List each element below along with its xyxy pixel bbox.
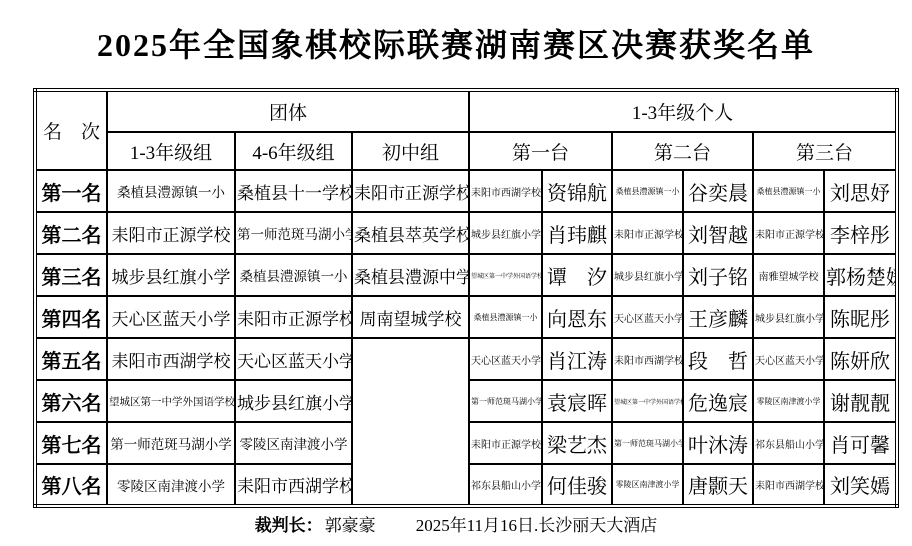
- rank-cell: 第三名: [35, 254, 107, 296]
- player-name-cell: 谢靓靓: [824, 380, 897, 422]
- individual-subheader-board1: 第一台: [469, 132, 612, 170]
- individual-school-cell: 天心区蓝天小学: [469, 338, 542, 380]
- rank-column-header: 名 次: [35, 90, 107, 170]
- team-subheader-grade1-3: 1-3年级组: [107, 132, 235, 170]
- team-school-cell: 城步县红旗小学: [235, 380, 352, 422]
- team-school-cell: 城步县红旗小学: [107, 254, 235, 296]
- player-name-cell: 叶沐涛: [683, 422, 753, 464]
- team-school-cell: 耒阳市正源学校: [107, 212, 235, 254]
- individual-school-cell: 耒阳市西湖学校: [469, 170, 542, 212]
- date-location: 2025年11月16日.长沙丽天大酒店: [416, 516, 658, 535]
- table-row: 第一名 桑植县澧源镇一小 桑植县十一学校 耒阳市正源学校 耒阳市西湖学校 资锦航…: [35, 170, 897, 212]
- individual-subheader-board3: 第三台: [753, 132, 897, 170]
- player-name-cell: 刘思妤: [824, 170, 897, 212]
- individual-school-cell: 第一师范斑马湖小学: [612, 422, 683, 464]
- rank-cell: 第四名: [35, 296, 107, 338]
- individual-school-cell: 耒阳市西湖学校: [612, 338, 683, 380]
- player-name-cell: 向恩东: [542, 296, 612, 338]
- individual-school-cell: 城步县红旗小学: [753, 296, 824, 338]
- individual-school-cell: 零陵区南津渡小学: [612, 464, 683, 506]
- individual-group-header: 1-3年级个人: [469, 90, 897, 132]
- player-name-cell: 梁艺杰: [542, 422, 612, 464]
- individual-school-cell: 桑植县澧源镇一小: [753, 170, 824, 212]
- player-name-cell: 郭杨楚媛: [824, 254, 897, 296]
- player-name-cell: 肖江涛: [542, 338, 612, 380]
- team-group-header: 团体: [107, 90, 469, 132]
- player-name-cell: 陈妍欣: [824, 338, 897, 380]
- rank-cell: 第七名: [35, 422, 107, 464]
- player-name-cell: 资锦航: [542, 170, 612, 212]
- team-school-cell-empty-merged: [352, 338, 469, 506]
- team-school-cell: 第一师范斑马湖小学: [235, 212, 352, 254]
- individual-school-cell: 桑植县澧源镇一小: [469, 296, 542, 338]
- team-school-cell: 耒阳市正源学校: [235, 296, 352, 338]
- team-school-cell: 耒阳市正源学校: [352, 170, 469, 212]
- player-name-cell: 肖可馨: [824, 422, 897, 464]
- player-name-cell: 危逸宸: [683, 380, 753, 422]
- player-name-cell: 刘智越: [683, 212, 753, 254]
- player-name-cell: 段 哲: [683, 338, 753, 380]
- team-school-cell: 零陵区南津渡小学: [107, 464, 235, 506]
- team-school-cell: 望城区第一中学外国语学校: [107, 380, 235, 422]
- chief-judge-label: 裁判长：: [255, 516, 323, 535]
- individual-subheader-board2: 第二台: [612, 132, 753, 170]
- team-school-cell: 天心区蓝天小学: [107, 296, 235, 338]
- player-name-cell: 袁宸晖: [542, 380, 612, 422]
- player-name-cell: 肖玮麒: [542, 212, 612, 254]
- chief-judge-name: 郭豪豪: [325, 516, 376, 535]
- individual-school-cell: 耒阳市西湖学校: [753, 464, 824, 506]
- individual-school-cell: 祁东县船山小学: [753, 422, 824, 464]
- individual-school-cell: 耒阳市正源学校: [612, 212, 683, 254]
- team-school-cell: 桑植县澧源镇一小: [235, 254, 352, 296]
- individual-school-cell: 南雅望城学校: [753, 254, 824, 296]
- player-name-cell: 何佳骏: [542, 464, 612, 506]
- individual-school-cell: 零陵区南津渡小学: [753, 380, 824, 422]
- team-school-cell: 耒阳市西湖学校: [235, 464, 352, 506]
- page-title: 2025年全国象棋校际联赛湖南赛区决赛获奖名单: [0, 20, 912, 66]
- team-school-cell: 桑植县澧源镇一小: [107, 170, 235, 212]
- footer: 裁判长：郭豪豪2025年11月16日.长沙丽天大酒店: [0, 511, 912, 536]
- individual-school-cell: 祁东县船山小学: [469, 464, 542, 506]
- table-row: 第四名 天心区蓝天小学 耒阳市正源学校 周南望城学校 桑植县澧源镇一小 向恩东 …: [35, 296, 897, 338]
- table-row: 第五名 耒阳市西湖学校 天心区蓝天小学 天心区蓝天小学 肖江涛 耒阳市西湖学校 …: [35, 338, 897, 380]
- rank-cell: 第二名: [35, 212, 107, 254]
- table-row: 第二名 耒阳市正源学校 第一师范斑马湖小学 桑植县萃英学校 城步县红旗小学 肖玮…: [35, 212, 897, 254]
- rank-cell: 第六名: [35, 380, 107, 422]
- table-row: 第三名 城步县红旗小学 桑植县澧源镇一小 桑植县澧源中学 望城区第一中学外国语学…: [35, 254, 897, 296]
- team-school-cell: 桑植县澧源中学: [352, 254, 469, 296]
- player-name-cell: 谷奕晨: [683, 170, 753, 212]
- awards-table: 名 次 团体 1-3年级个人 1-3年级组 4-6年级组 初中组 第一台 第二台…: [33, 88, 899, 508]
- individual-school-cell: 天心区蓝天小学: [612, 296, 683, 338]
- individual-school-cell: 城步县红旗小学: [469, 212, 542, 254]
- player-name-cell: 李梓彤: [824, 212, 897, 254]
- player-name-cell: 刘笑嫣: [824, 464, 897, 506]
- player-name-cell: 刘子铭: [683, 254, 753, 296]
- player-name-cell: 唐颢天: [683, 464, 753, 506]
- team-school-cell: 第一师范斑马湖小学: [107, 422, 235, 464]
- team-school-cell: 周南望城学校: [352, 296, 469, 338]
- individual-school-cell: 望城区第一中学外国语学校: [469, 254, 542, 296]
- individual-school-cell: 城步县红旗小学: [612, 254, 683, 296]
- team-subheader-grade4-6: 4-6年级组: [235, 132, 352, 170]
- player-name-cell: 陈昵彤: [824, 296, 897, 338]
- individual-school-cell: 耒阳市正源学校: [469, 422, 542, 464]
- team-school-cell: 零陵区南津渡小学: [235, 422, 352, 464]
- team-school-cell: 天心区蓝天小学: [235, 338, 352, 380]
- individual-school-cell: 第一师范斑马湖小学: [469, 380, 542, 422]
- team-school-cell: 桑植县十一学校: [235, 170, 352, 212]
- player-name-cell: 王彦麟: [683, 296, 753, 338]
- team-subheader-junior: 初中组: [352, 132, 469, 170]
- individual-school-cell: 天心区蓝天小学: [753, 338, 824, 380]
- rank-cell: 第八名: [35, 464, 107, 506]
- player-name-cell: 谭 汐: [542, 254, 612, 296]
- rank-cell: 第五名: [35, 338, 107, 380]
- individual-school-cell: 桑植县澧源镇一小: [612, 170, 683, 212]
- team-school-cell: 桑植县萃英学校: [352, 212, 469, 254]
- individual-school-cell: 望城区第一中学外国语学校: [612, 380, 683, 422]
- team-school-cell: 耒阳市西湖学校: [107, 338, 235, 380]
- rank-cell: 第一名: [35, 170, 107, 212]
- individual-school-cell: 耒阳市正源学校: [753, 212, 824, 254]
